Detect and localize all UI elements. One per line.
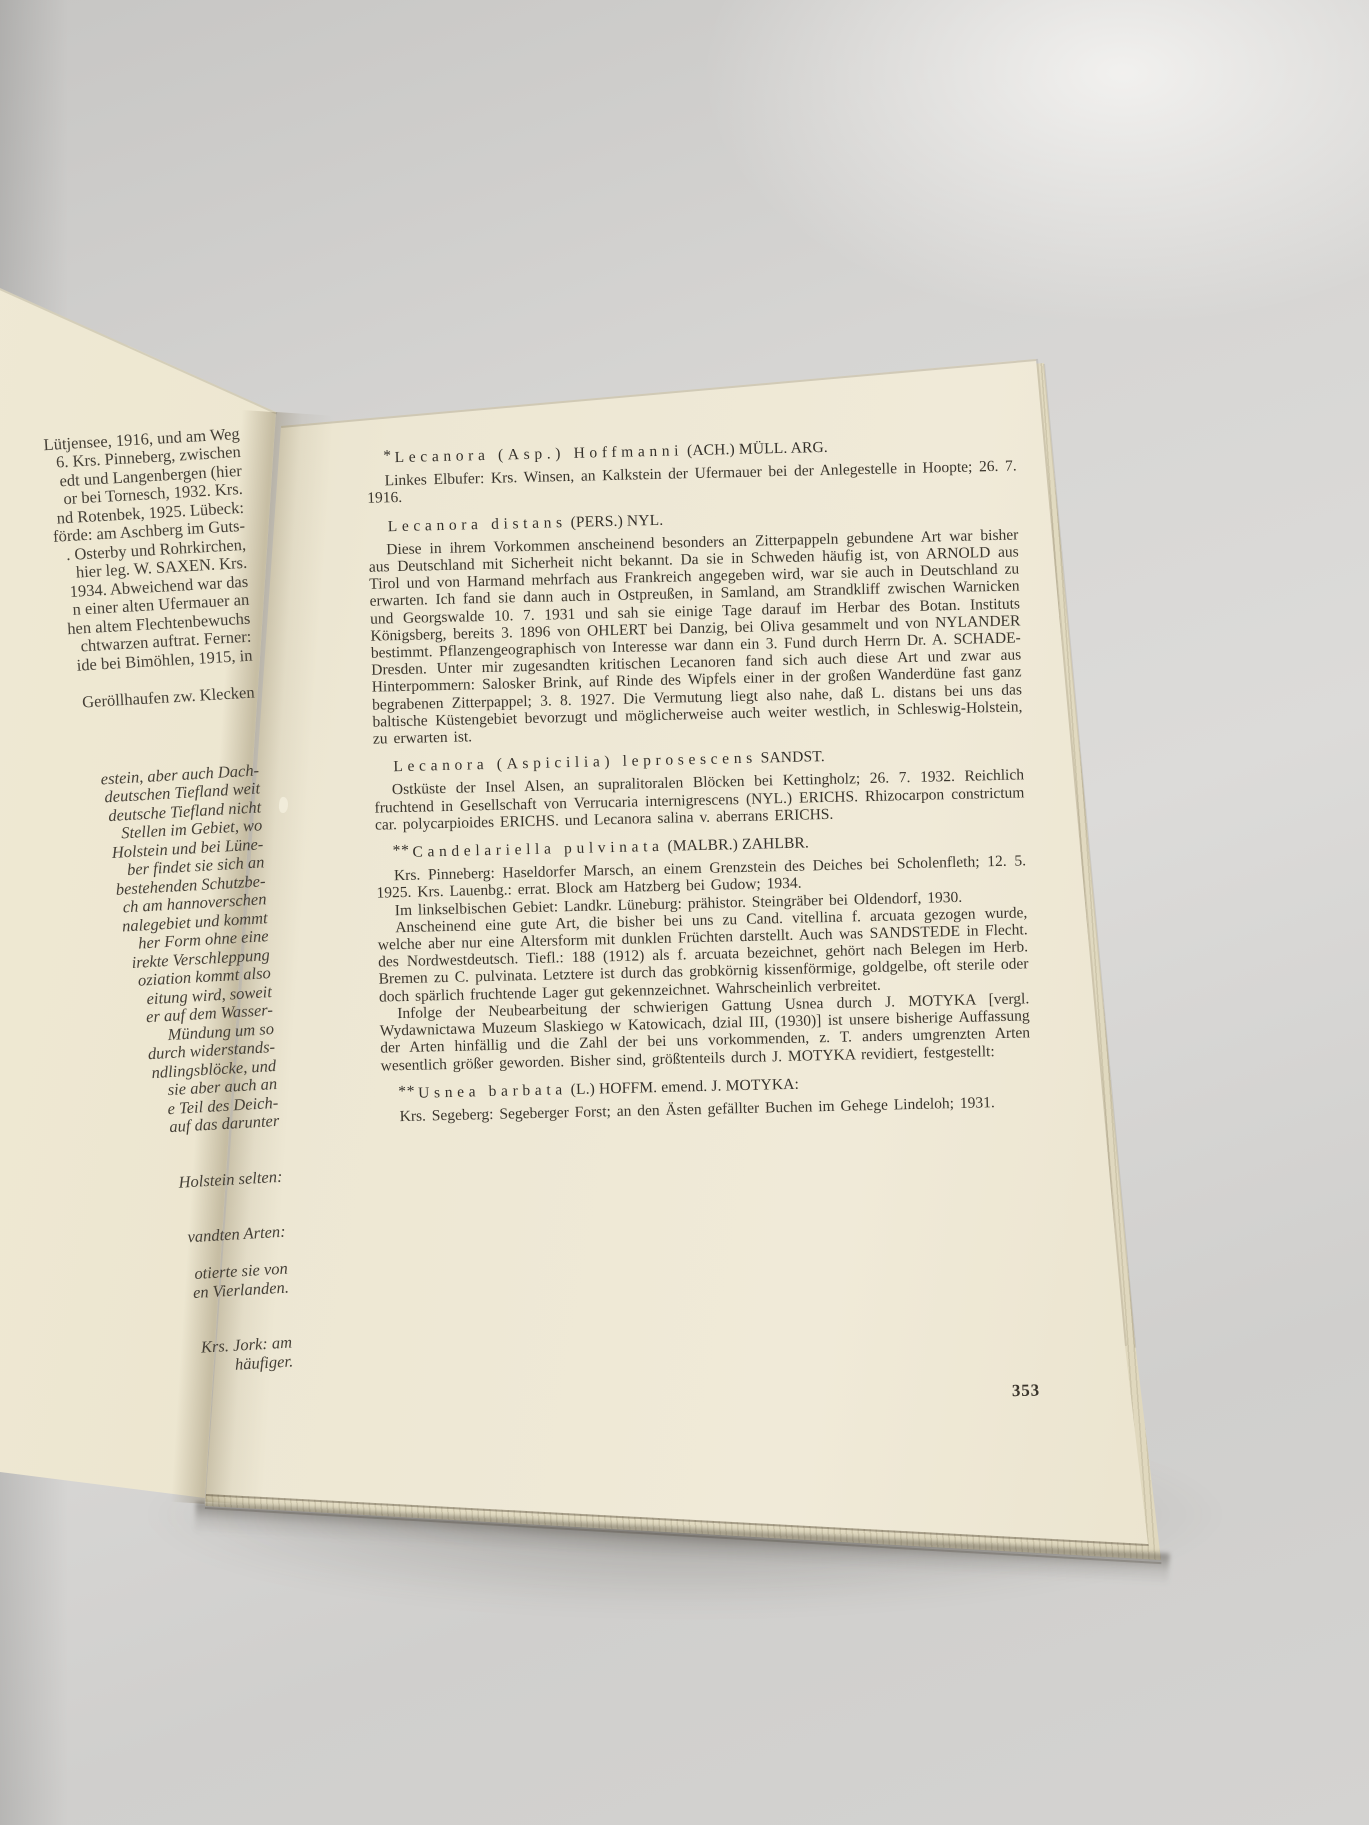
species-authority: SANDST. — [760, 748, 824, 767]
species-name: Candelariella pulvinata — [412, 838, 663, 861]
left-page-text-fragments: Lütjensee, 1916, und am Weg 6. Krs. Pinn… — [0, 424, 255, 718]
paragraph-distans-discussion: Diese in ihrem Vorkommen anscheinend bes… — [368, 526, 1023, 748]
left-page-text-fragments-italic: estein, aber auch Dach- deutschen Tiefla… — [0, 761, 294, 1387]
species-authority: (PERS.) NYL. — [570, 511, 663, 530]
species-authority: (L.) HOFFM. emend. J. MOTYKA: — [570, 1075, 799, 1097]
heading-asterisk: * — [383, 447, 392, 464]
paragraph-pulvinata-discussion: Anscheinend eine gute Art, die bisher be… — [377, 904, 1029, 1005]
page-number: 353 — [910, 1380, 1040, 1403]
photo-open-book: Lütjensee, 1916, und am Weg 6. Krs. Pinn… — [0, 0, 1369, 1825]
species-authority: (ACH.) MÜLL. ARG. — [687, 439, 828, 459]
species-name: Usnea barbata — [418, 1081, 567, 1101]
heading-asterisks: ** — [392, 842, 409, 859]
heading-asterisks: ** — [398, 1082, 415, 1099]
species-authority: (MALBR.) ZAHLBR. — [667, 834, 809, 854]
species-name: Lecanora (Aspicilia) leprosescens — [393, 750, 757, 776]
species-name: Lecanora distans — [388, 514, 567, 535]
paragraph-leprosescens-locality: Ostküste der Insel Alsen, an supralitora… — [374, 767, 1025, 834]
paragraph-usnea-introduction: Infolge der Neubearbeitung der schwierig… — [379, 990, 1030, 1074]
right-page-text-column: *Lecanora (Asp.) Hoffmanni (ACH.) MÜLL. … — [366, 434, 1032, 1125]
paragraph-hoffmanni-locality: Linkes Elbufer: Krs. Winsen, an Kalkstei… — [367, 458, 1018, 508]
